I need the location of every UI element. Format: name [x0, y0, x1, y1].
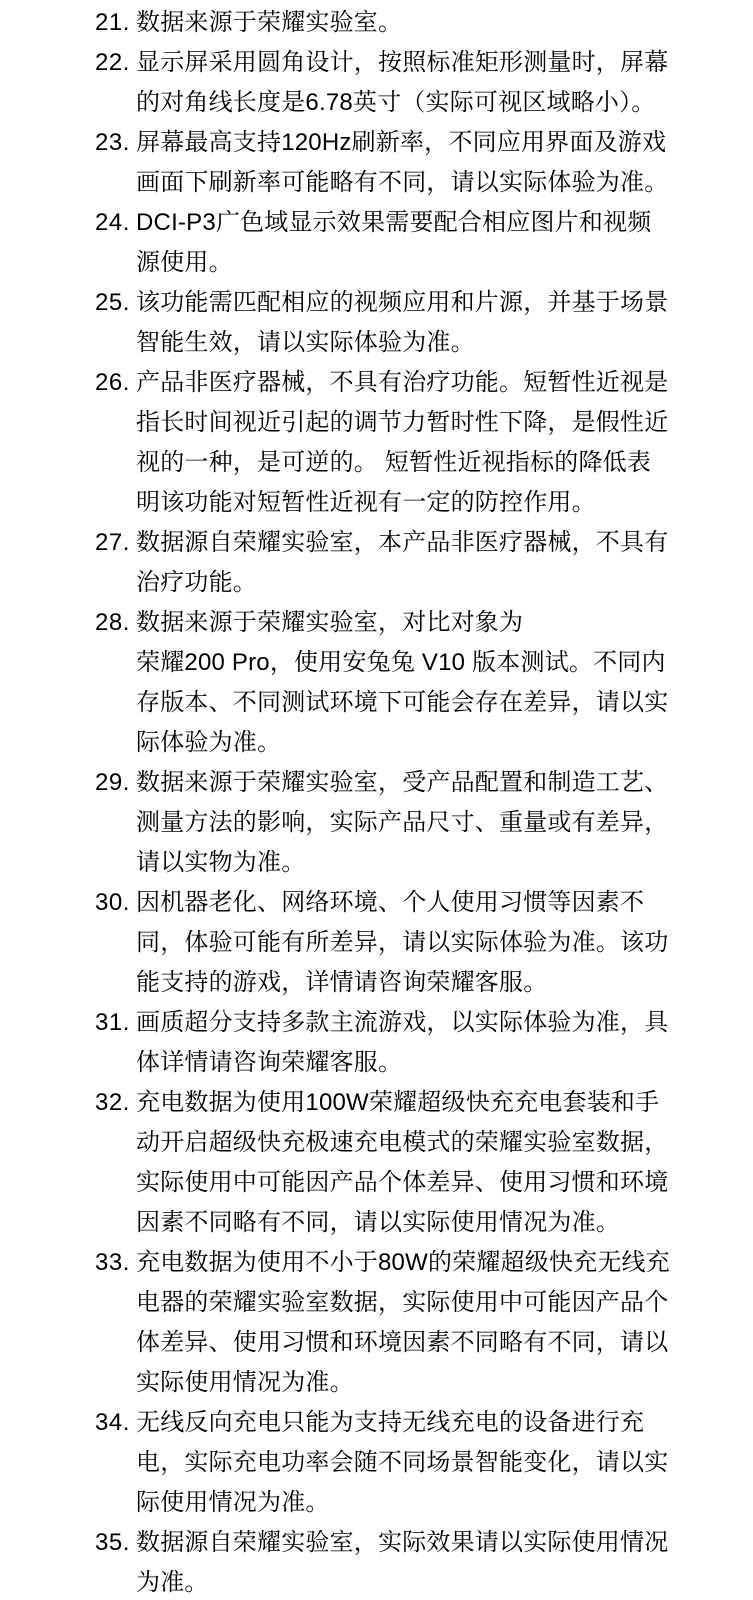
- footnote-number: 31.: [95, 1003, 136, 1043]
- footnotes-list: 21. 数据来源于荣耀实验室。 22. 显示屏采用圆角设计，按照标准矩形测量时，…: [0, 0, 753, 1600]
- footnotes-page: { "page": { "background": "#ffffff", "te…: [0, 0, 753, 1600]
- footnote-text: 充电数据为使用不小于80W的荣耀超级快充无线充 电器的荣耀实验室数据，实际使用中…: [136, 1243, 701, 1403]
- footnote-number: 32.: [95, 1083, 136, 1123]
- footnote-item-28: 28. 数据来源于荣耀实验室，对比对象为 荣耀200 Pro，使用安兔兔 V10…: [95, 603, 753, 763]
- footnote-number: 22.: [95, 43, 136, 83]
- footnote-number: 30.: [95, 883, 136, 923]
- footnote-item-32: 32. 充电数据为使用100W荣耀超级快充充电套装和手 动开启超级快充极速充电模…: [95, 1083, 753, 1243]
- footnote-text: 屏幕最高支持120Hz刷新率，不同应用界面及游戏 画面下刷新率可能略有不同，请以…: [136, 123, 701, 203]
- footnote-text: 数据源自荣耀实验室，本产品非医疗器械，不具有 治疗功能。: [136, 523, 701, 603]
- footnote-text: 显示屏采用圆角设计，按照标准矩形测量时，屏幕 的对角线长度是6.78英寸（实际可…: [136, 43, 701, 123]
- footnote-item-29: 29. 数据来源于荣耀实验室，受产品配置和制造工艺、 测量方法的影响，实际产品尺…: [95, 763, 753, 883]
- footnote-text: 充电数据为使用100W荣耀超级快充充电套装和手 动开启超级快充极速充电模式的荣耀…: [136, 1083, 701, 1243]
- footnote-item-24: 24. DCI-P3广色域显示效果需要配合相应图片和视频 源使用。: [95, 203, 753, 283]
- footnote-text: 数据来源于荣耀实验室，对比对象为 荣耀200 Pro，使用安兔兔 V10 版本测…: [136, 603, 701, 763]
- footnote-text: 该功能需匹配相应的视频应用和片源，并基于场景 智能生效，请以实际体验为准。: [136, 283, 701, 363]
- footnote-number: 25.: [95, 283, 136, 323]
- footnote-text: 无线反向充电只能为支持无线充电的设备进行充 电，实际充电功率会随不同场景智能变化…: [136, 1403, 701, 1523]
- footnote-text: 数据来源于荣耀实验室。: [136, 3, 701, 43]
- footnote-text: 因机器老化、网络环境、个人使用习惯等因素不 同，体验可能有所差异，请以实际体验为…: [136, 883, 701, 1003]
- footnote-item-33: 33. 充电数据为使用不小于80W的荣耀超级快充无线充 电器的荣耀实验室数据，实…: [95, 1243, 753, 1403]
- footnote-item-26: 26. 产品非医疗器械，不具有治疗功能。短暂性近视是 指长时间视近引起的调节力暂…: [95, 363, 753, 523]
- footnote-number: 33.: [95, 1243, 136, 1283]
- footnote-number: 23.: [95, 123, 136, 163]
- footnote-item-31: 31. 画质超分支持多款主流游戏，以实际体验为准，具 体详情请咨询荣耀客服。: [95, 1003, 753, 1083]
- footnote-text: 画质超分支持多款主流游戏，以实际体验为准，具 体详情请咨询荣耀客服。: [136, 1003, 701, 1083]
- footnote-number: 29.: [95, 763, 136, 803]
- footnote-number: 34.: [95, 1403, 136, 1443]
- footnote-item-30: 30. 因机器老化、网络环境、个人使用习惯等因素不 同，体验可能有所差异，请以实…: [95, 883, 753, 1003]
- footnote-text: 数据来源于荣耀实验室，受产品配置和制造工艺、 测量方法的影响，实际产品尺寸、重量…: [136, 763, 701, 883]
- footnote-item-35: 35. 数据源自荣耀实验室，实际效果请以实际使用情况 为准。: [95, 1523, 753, 1600]
- footnote-item-21: 21. 数据来源于荣耀实验室。: [95, 3, 753, 43]
- footnote-item-34: 34. 无线反向充电只能为支持无线充电的设备进行充 电，实际充电功率会随不同场景…: [95, 1403, 753, 1523]
- footnote-item-27: 27. 数据源自荣耀实验室，本产品非医疗器械，不具有 治疗功能。: [95, 523, 753, 603]
- footnote-number: 28.: [95, 603, 136, 643]
- footnote-number: 35.: [95, 1523, 136, 1563]
- footnote-text: 数据源自荣耀实验室，实际效果请以实际使用情况 为准。: [136, 1523, 701, 1600]
- footnote-item-25: 25. 该功能需匹配相应的视频应用和片源，并基于场景 智能生效，请以实际体验为准…: [95, 283, 753, 363]
- footnote-text: DCI-P3广色域显示效果需要配合相应图片和视频 源使用。: [136, 203, 701, 283]
- footnote-number: 21.: [95, 3, 136, 43]
- footnote-number: 24.: [95, 203, 136, 243]
- footnote-item-23: 23. 屏幕最高支持120Hz刷新率，不同应用界面及游戏 画面下刷新率可能略有不…: [95, 123, 753, 203]
- footnote-number: 26.: [95, 363, 136, 403]
- footnote-item-22: 22. 显示屏采用圆角设计，按照标准矩形测量时，屏幕 的对角线长度是6.78英寸…: [95, 43, 753, 123]
- footnote-number: 27.: [95, 523, 136, 563]
- footnote-text: 产品非医疗器械，不具有治疗功能。短暂性近视是 指长时间视近引起的调节力暂时性下降…: [136, 363, 701, 523]
